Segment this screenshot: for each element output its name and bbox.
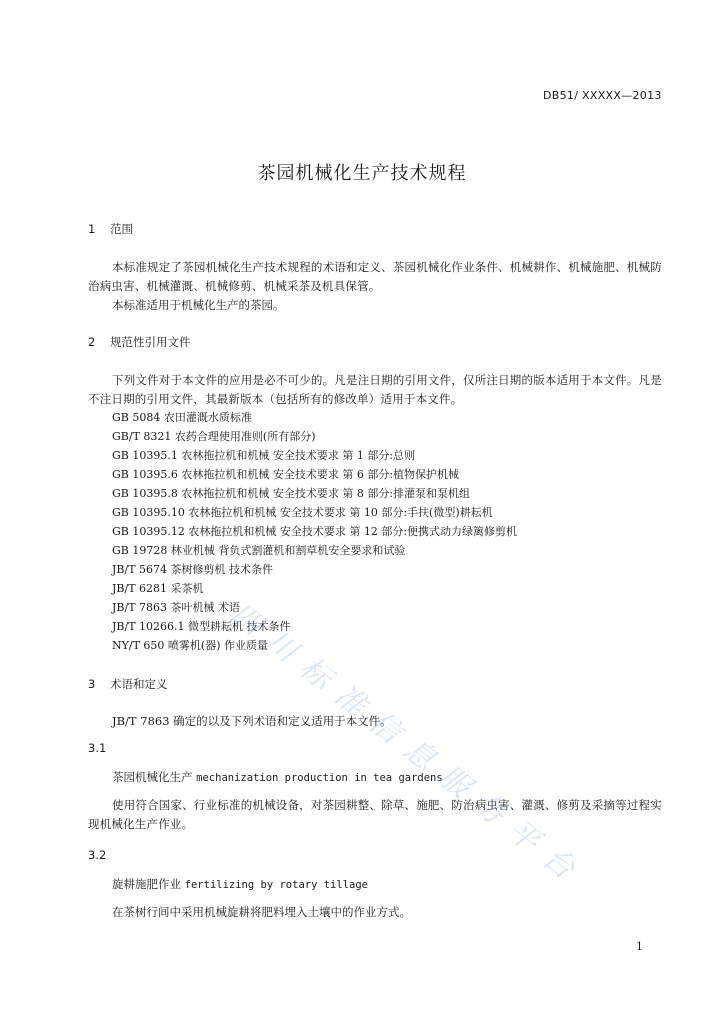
reference-item: JB/T 6281 采茶机 [112, 580, 204, 596]
term-entry: 旋耕施肥作业 fertilizing by rotary tillage [112, 876, 368, 892]
term-en: mechanization production in tea gardens [196, 772, 443, 784]
reference-item: JB/T 10266.1 微型耕耘机 技术条件 [112, 618, 291, 634]
reference-item: JB/T 5674 茶树修剪机 技术条件 [112, 561, 273, 577]
standard-code: DB51/ XXXXX—2013 [543, 89, 662, 102]
reference-item: GB 5084 农田灌溉水质标准 [112, 409, 252, 425]
watermark: 四川标准信息服务平台 [223, 590, 597, 896]
term-en: fertilizing by rotary tillage [185, 879, 368, 891]
references-intro: 下列文件对于本文件的应用是必不可少的。凡是注日期的引用文件，仅所注日期的版本适用… [88, 371, 663, 409]
reference-item: JB/T 7863 茶叶机械 术语 [112, 599, 240, 615]
reference-item: GB 10395.10 农林拖拉机和机械 安全技术要求 第 10 部分:手扶(微… [112, 504, 493, 520]
terms-intro: JB/T 7863 确定的以及下列术语和定义适用于本文件。 [112, 712, 392, 730]
reference-item: NY/T 650 喷雾机(器) 作业质量 [112, 637, 268, 653]
section-title: 规范性引用文件 [110, 335, 191, 349]
section-number: 1 [88, 222, 110, 236]
section-title: 术语和定义 [110, 677, 168, 691]
section-title: 范围 [110, 222, 133, 236]
scope-paragraph-1: 本标准规定了茶园机械化生产技术规程的术语和定义、茶园机械化作业条件、机械耕作、机… [88, 258, 663, 296]
reference-item: GB 10395.12 农林拖拉机和机械 安全技术要求 第 12 部分:便携式动… [112, 523, 517, 539]
reference-item: GB 10395.8 农林拖拉机和机械 安全技术要求 第 8 部分:排灌泵和泵机… [112, 485, 470, 501]
reference-item: GB 10395.1 农林拖拉机和机械 安全技术要求 第 1 部分:总则 [112, 447, 415, 463]
section-2-heading: 2规范性引用文件 [88, 334, 191, 350]
term-zh: 旋耕施肥作业 [112, 877, 181, 891]
reference-item: GB/T 8321 农药合理使用准则(所有部分) [112, 428, 315, 444]
reference-item: GB 10395.6 农林拖拉机和机械 安全技术要求 第 6 部分:植物保护机械 [112, 466, 459, 482]
document-title: 茶园机械化生产技术规程 [0, 159, 724, 185]
clause-number: 3.1 [88, 741, 106, 755]
reference-item: GB 19728 林业机械 背负式割灌机和割草机安全要求和试验 [112, 542, 405, 558]
section-3-heading: 3术语和定义 [88, 676, 168, 692]
page-number: 1 [636, 940, 643, 953]
term-definition: 在茶树行间中采用机械旋耕将肥料埋入土壤中的作业方式。 [112, 903, 411, 921]
term-zh: 茶园机械化生产 [112, 770, 193, 784]
section-number: 2 [88, 335, 110, 349]
clause-number: 3.2 [88, 848, 106, 862]
section-number: 3 [88, 677, 110, 691]
term-definition: 使用符合国家、行业标准的机械设备，对茶园耕整、除草、施肥、防治病虫害、灌溉、修剪… [88, 796, 663, 834]
document-page: DB51/ XXXXX—2013 茶园机械化生产技术规程 1范围 本标准规定了茶… [0, 0, 724, 1024]
section-1-heading: 1范围 [88, 221, 133, 237]
term-entry: 茶园机械化生产 mechanization production in tea … [112, 769, 443, 785]
scope-paragraph-2: 本标准适用于机械化生产的茶园。 [112, 296, 285, 314]
